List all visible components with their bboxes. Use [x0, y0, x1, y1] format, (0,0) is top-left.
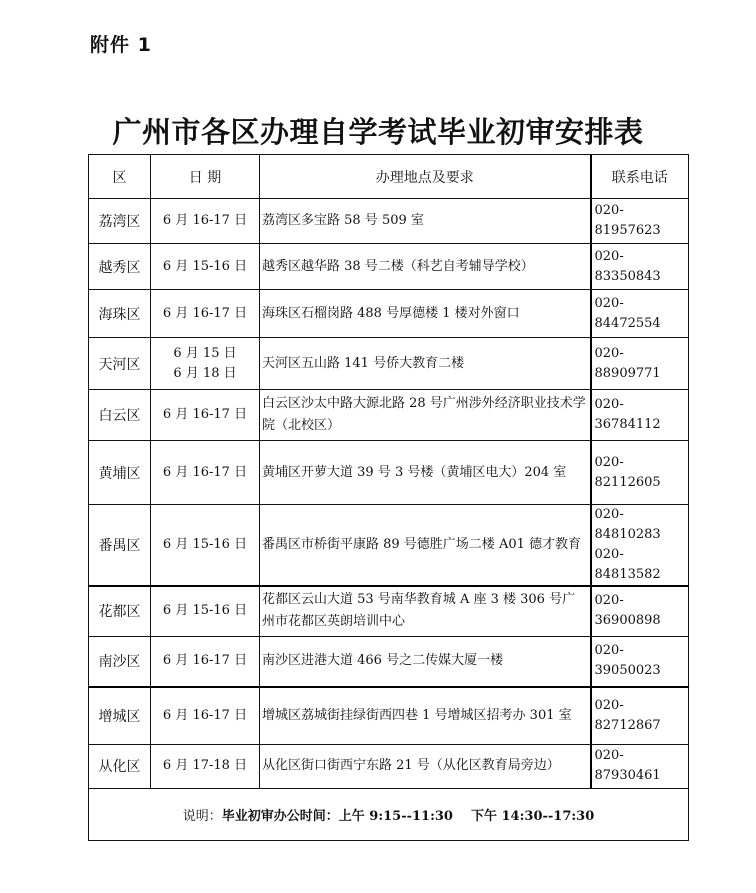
date-cell: 6 月 16-17 日 [151, 441, 260, 505]
table-row: 白云区6 月 16-17 日白云区沙太中路大源北路 28 号广州涉外经济职业技术… [89, 390, 689, 441]
date-line: 6 月 16-17 日 [153, 463, 257, 483]
schedule-table: 区 日 期 办理地点及要求 联系电话 荔湾区6 月 16-17 日荔湾区多宝路 … [88, 154, 689, 841]
address-cell: 花都区云山大道 53 号南华教育城 A 座 3 楼 306 号广州市花都区英朗培… [260, 586, 591, 636]
date-cell: 6 月 17-18 日 [151, 744, 260, 788]
phone-cell: 020-82712867 [591, 687, 689, 744]
phone-cell: 020-36784112 [591, 390, 689, 441]
date-cell: 6 月 15-16 日 [151, 505, 260, 587]
table-row: 番禺区6 月 15-16 日番禺区市桥街平康路 89 号德胜广场二楼 A01 德… [89, 505, 689, 587]
address-cell: 海珠区石榴岗路 488 号厚德楼 1 楼对外窗口 [260, 290, 591, 338]
table-row: 荔湾区6 月 16-17 日荔湾区多宝路 58 号 509 室020-81957… [89, 199, 689, 244]
table-header-row: 区 日 期 办理地点及要求 联系电话 [89, 155, 689, 199]
address-cell: 黄埔区开萝大道 39 号 3 号楼（黄埔区电大）204 室 [260, 441, 591, 505]
phone-number: 020-84810283 [595, 505, 687, 545]
phone-number: 020-81957623 [595, 201, 687, 241]
district-cell: 越秀区 [89, 244, 151, 290]
district-cell: 南沙区 [89, 636, 151, 687]
date-cell: 6 月 15-16 日 [151, 244, 260, 290]
phone-cell: 020-84810283020-84813582 [591, 505, 689, 587]
table-row: 南沙区6 月 16-17 日南沙区进港大道 466 号之二传媒大厦一楼020-3… [89, 636, 689, 687]
attachment-label: 附件 1 [90, 30, 152, 57]
note-row: 说明：毕业初审办公时间：上午 9:15--11:30下午 14:30--17:3… [89, 788, 689, 840]
phone-cell: 020-88909771 [591, 338, 689, 390]
address-cell: 南沙区进港大道 466 号之二传媒大厦一楼 [260, 636, 591, 687]
phone-cell: 020-83350843 [591, 244, 689, 290]
phone-number: 020-39050023 [595, 641, 687, 681]
table-row: 天河区6 月 15 日6 月 18 日天河区五山路 141 号侨大教育二楼020… [89, 338, 689, 390]
date-line: 6 月 17-18 日 [153, 756, 257, 776]
phone-number: 020-87930461 [595, 746, 687, 786]
note-label: 说明： [183, 809, 222, 824]
date-cell: 6 月 16-17 日 [151, 290, 260, 338]
district-cell: 番禺区 [89, 505, 151, 587]
date-line: 6 月 18 日 [153, 364, 257, 384]
table-row: 越秀区6 月 15-16 日越秀区越华路 38 号二楼（科艺自考辅导学校）020… [89, 244, 689, 290]
header-phone: 联系电话 [591, 155, 689, 199]
table-row: 增城区6 月 16-17 日增城区荔城街挂绿街西四巷 1 号增城区招考办 301… [89, 687, 689, 744]
phone-cell: 020-82112605 [591, 441, 689, 505]
address-cell: 白云区沙太中路大源北路 28 号广州涉外经济职业技术学院（北校区） [260, 390, 591, 441]
date-cell: 6 月 16-17 日 [151, 687, 260, 744]
phone-cell: 020-36900898 [591, 586, 689, 636]
phone-cell: 020-39050023 [591, 636, 689, 687]
table-row: 黄埔区6 月 16-17 日黄埔区开萝大道 39 号 3 号楼（黄埔区电大）20… [89, 441, 689, 505]
office-hours-note: 说明：毕业初审办公时间：上午 9:15--11:30下午 14:30--17:3… [89, 788, 689, 840]
date-line: 6 月 15-16 日 [153, 535, 257, 555]
date-line: 6 月 16-17 日 [153, 211, 257, 231]
phone-number: 020-82712867 [595, 696, 687, 736]
header-district: 区 [89, 155, 151, 199]
district-cell: 增城区 [89, 687, 151, 744]
address-cell: 天河区五山路 141 号侨大教育二楼 [260, 338, 591, 390]
phone-number: 020-84813582 [595, 545, 687, 585]
date-cell: 6 月 16-17 日 [151, 390, 260, 441]
date-line: 6 月 15 日 [153, 344, 257, 364]
header-date: 日 期 [151, 155, 260, 199]
district-cell: 花都区 [89, 586, 151, 636]
district-cell: 黄埔区 [89, 441, 151, 505]
phone-cell: 020-81957623 [591, 199, 689, 244]
date-cell: 6 月 16-17 日 [151, 199, 260, 244]
district-cell: 天河区 [89, 338, 151, 390]
address-cell: 从化区街口街西宁东路 21 号（从化区教育局旁边） [260, 744, 591, 788]
document-title: 广州市各区办理自学考试毕业初审安排表 [0, 110, 756, 151]
date-line: 6 月 16-17 日 [153, 304, 257, 324]
date-cell: 6 月 15 日6 月 18 日 [151, 338, 260, 390]
table-row: 海珠区6 月 16-17 日海珠区石榴岗路 488 号厚德楼 1 楼对外窗口02… [89, 290, 689, 338]
afternoon-hours: 下午 14:30--17:30 [471, 809, 594, 824]
phone-cell: 020-84472554 [591, 290, 689, 338]
note-heading: 毕业初审办公时间： [222, 809, 339, 824]
address-cell: 越秀区越华路 38 号二楼（科艺自考辅导学校） [260, 244, 591, 290]
header-address: 办理地点及要求 [260, 155, 591, 199]
date-line: 6 月 16-17 日 [153, 706, 257, 726]
date-line: 6 月 16-17 日 [153, 651, 257, 671]
phone-number: 020-36900898 [595, 591, 687, 631]
date-line: 6 月 16-17 日 [153, 405, 257, 425]
district-cell: 海珠区 [89, 290, 151, 338]
table-row: 花都区6 月 15-16 日花都区云山大道 53 号南华教育城 A 座 3 楼 … [89, 586, 689, 636]
date-cell: 6 月 15-16 日 [151, 586, 260, 636]
phone-cell: 020-87930461 [591, 744, 689, 788]
table-row: 从化区6 月 17-18 日从化区街口街西宁东路 21 号（从化区教育局旁边）0… [89, 744, 689, 788]
address-cell: 荔湾区多宝路 58 号 509 室 [260, 199, 591, 244]
district-cell: 荔湾区 [89, 199, 151, 244]
address-cell: 番禺区市桥街平康路 89 号德胜广场二楼 A01 德才教育 [260, 505, 591, 587]
morning-hours: 上午 9:15--11:30 [339, 809, 453, 824]
address-cell: 增城区荔城街挂绿街西四巷 1 号增城区招考办 301 室 [260, 687, 591, 744]
district-cell: 从化区 [89, 744, 151, 788]
date-line: 6 月 15-16 日 [153, 601, 257, 621]
phone-number: 020-83350843 [595, 247, 687, 287]
date-cell: 6 月 16-17 日 [151, 636, 260, 687]
district-cell: 白云区 [89, 390, 151, 441]
phone-number: 020-88909771 [595, 344, 687, 384]
date-line: 6 月 15-16 日 [153, 257, 257, 277]
phone-number: 020-36784112 [595, 395, 687, 435]
phone-number: 020-82112605 [595, 453, 687, 493]
phone-number: 020-84472554 [595, 294, 687, 334]
